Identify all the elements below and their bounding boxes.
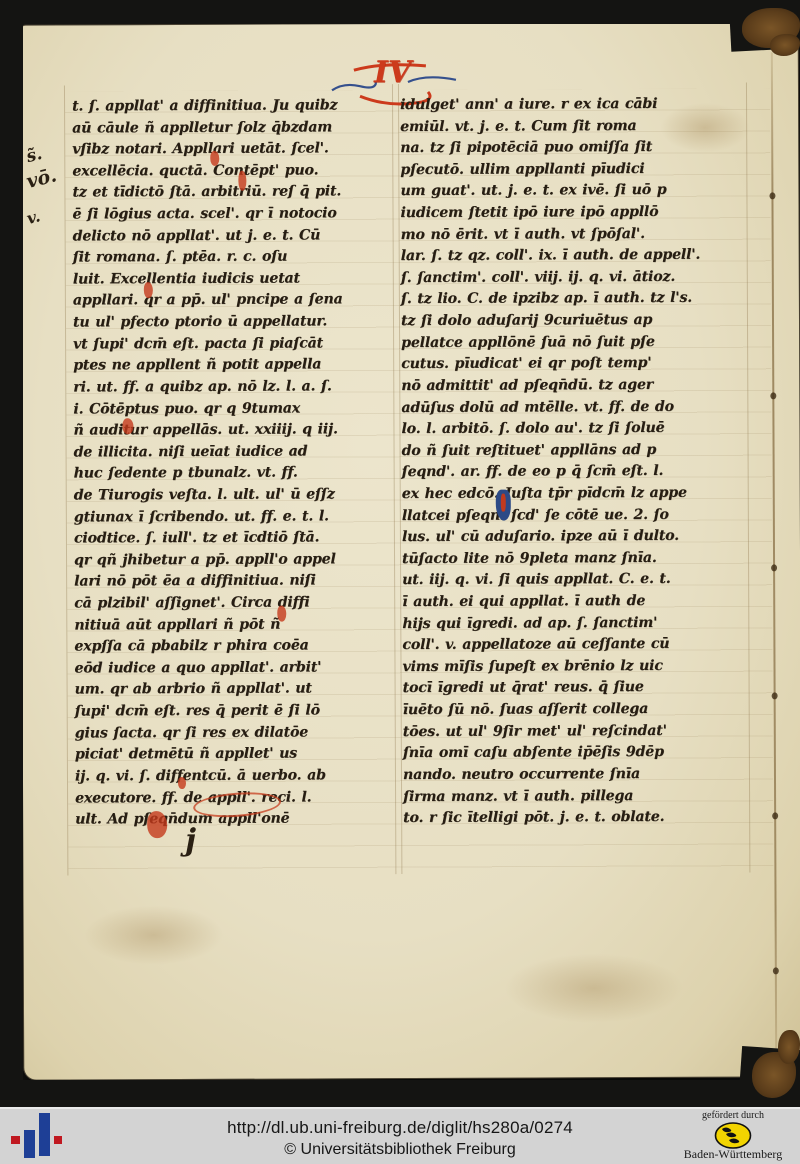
manuscript-text-line: do ñ ſuit reſtituet' appllāns ad p xyxy=(402,439,752,462)
manuscript-text-line: aū cāule ñ applletur ſolz q̄bzdam xyxy=(72,117,396,140)
manuscript-text-line: nō admittit' ad pſeqn̄dū. tz ager xyxy=(401,374,751,397)
manuscript-text-line: appllari. qr a pp̄. ul' pncipe a ſena xyxy=(73,290,397,313)
manuscript-text-line: lus. ul' cū aduſario. ipze aū ī dulto. xyxy=(402,526,752,549)
manuscript-text-line: ri. ut. ff. a quibz ap. nō lz. l. a. ſ. xyxy=(73,376,397,399)
manuscript-text-line: pſecutō. ullim appllanti pīudici xyxy=(400,158,750,181)
manuscript-text-line: t. ſ. appllat' a diffinitiua. Ju quibz xyxy=(72,95,396,118)
text-column-right: idulget' ann' a iure. r ex ica cābiemiūl… xyxy=(400,94,753,830)
manuscript-text-line: huc ſedente p tbunalz. vt. ff. xyxy=(74,462,398,485)
sewing-hole xyxy=(772,812,778,819)
margin-mark: v. xyxy=(25,202,59,228)
photo-background xyxy=(0,0,23,1107)
manuscript-text-line: nitiuā aūt appllari ñ pōt ñ xyxy=(74,614,398,637)
manuscript-text-line: um. qr ab arbrio ñ appllat'. ut xyxy=(75,679,399,702)
manuscript-text-line: eōd iudice a quo appllat'. arbit' xyxy=(74,657,398,680)
parchment-stain xyxy=(504,953,684,1024)
manuscript-text-line: expſſa cā pbabilz r phira coēa xyxy=(74,635,398,658)
rubric-initial-mark xyxy=(178,777,186,789)
manuscript-text-line: lo. l. arbitō. ſ. dolo au'. tz ſi ſoluē xyxy=(401,418,751,441)
text-column-left: t. ſ. appllat' a diffinitiua. Ju quibzaū… xyxy=(72,95,399,831)
manuscript-text-line: gius ſacta. qr ſi res ex dilatōe xyxy=(75,722,399,745)
digitized-manuscript-photo: IV s̃. vō. v. t. ſ. appllat' a diffiniti… xyxy=(0,0,800,1107)
manuscript-text-line: ſupi' dcm̄ eſt. res q̄ perit ē ſi lō xyxy=(75,700,399,723)
manuscript-text-line: i. Cōtēptus puo. qr q 9tumax xyxy=(73,398,397,421)
sewing-hole xyxy=(771,564,777,571)
manuscript-text-line: qr qñ jhibetur a pp̄. appll'o appel xyxy=(74,549,398,572)
manuscript-text-line: iudicem ſtetit ipō iure ipō appllō xyxy=(400,202,750,225)
manuscript-text-line: gtiunax ī ſcribendo. ut. ff. e. t. l. xyxy=(74,506,398,529)
rubric-initial-mark xyxy=(277,606,286,622)
manuscript-text-line: tz et tīdictō ſtā. arbitriū. reſ q̄ pit. xyxy=(72,181,396,204)
manuscript-text-line: tōes. ut ul' 9ſir met' ul' reſcindat' xyxy=(403,720,753,743)
rubric-initial-mark xyxy=(210,151,219,166)
catchword-mark: j xyxy=(185,823,196,858)
manuscript-text-line: ſ. tz lio. C. de ipzibz ap. ī auth. tz l… xyxy=(401,288,751,311)
manuscript-text-line: tūſacto lite nō 9pleta manz ſnīa. xyxy=(402,547,752,570)
manuscript-text-line: ē ſi lōgius acta. scel'. qr ī notocio xyxy=(72,203,396,226)
manuscript-text-line: excellēcia. quctā. Contēpt' puo. xyxy=(72,160,396,183)
sewing-hole xyxy=(772,692,778,699)
sponsor-name: Baden-Württemberg xyxy=(668,1147,798,1162)
photo-background xyxy=(0,1080,800,1107)
rubric-initial-mark xyxy=(238,171,246,191)
manuscript-text-line: vt ſupi' dcm̄ eſt. pacta ſi piaſcāt xyxy=(73,333,397,356)
manuscript-text-line: idulget' ann' a iure. r ex ica cābi xyxy=(400,94,750,117)
manuscript-text-line: de illicita. niſi ueīat iudice ad xyxy=(74,441,398,464)
manuscript-text-line: coll'. v. appellatoze aū ceſſante cū xyxy=(402,634,752,657)
rubric-initial-mark xyxy=(144,282,153,298)
manuscript-text-line: ptes ne appllent ñ potit appella xyxy=(73,354,397,377)
manuscript-text-line: pellatce appllōnē ſuā nō ſuit pſe xyxy=(401,331,751,354)
manuscript-text-line: delicto nō appllat'. ut j. e. t. Cū xyxy=(73,225,397,248)
manuscript-text-line: tocī īgredi ut q̄rat' reus. q̄ ſiue xyxy=(403,677,753,700)
manuscript-text-line: lari nō pōt ēa a diffinitiua. niſi xyxy=(74,570,398,593)
manuscript-text-line: llatcei pſeqni ſcd' ſe cōtē ue. 2. ſo xyxy=(402,504,752,527)
manuscript-text-line: cutus. pīudicat' ei qr poſt temp' xyxy=(401,353,751,376)
manuscript-text-line: ciodtice. ſ. iull'. tz et īcdtiō ſtā. xyxy=(74,527,398,550)
manuscript-page: IV s̃. vō. v. t. ſ. appllat' a diffiniti… xyxy=(20,22,800,1079)
manuscript-text-line: ſirma manz. vt ī auth. pillega xyxy=(403,785,753,808)
manuscript-text-line: emiūl. vt. j. e. t. Cum ſit roma xyxy=(400,115,750,138)
column-guide-line xyxy=(64,86,68,876)
margin-mark: vō. xyxy=(24,164,59,193)
ub-freiburg-logo-icon xyxy=(10,1113,60,1159)
manuscript-text-line: mo nō ērit. vt ī auth. vt ſpōſal'. xyxy=(401,223,751,246)
manuscript-text-line: nando. neutro occurrente ſnīa xyxy=(403,763,753,786)
manuscript-text-line: um guat'. ut. j. e. t. ex ivē. ſi uō p xyxy=(400,180,750,203)
manuscript-text-line: ſ. ſanctim'. coll'. viij. ij. q. vi. āti… xyxy=(401,266,751,289)
margin-pen-marks: s̃. vō. v. xyxy=(26,144,57,225)
manuscript-text-line: ſnīa omī caſu abſente ip̄ēſis 9dēp xyxy=(403,742,753,765)
manuscript-text-line: to. r ſic ītelligi pōt. j. e. t. oblate. xyxy=(403,807,753,830)
manuscript-text-line: ſeqnd'. ar. ff. de eo p q̄ ſcm̄ eſt. l. xyxy=(402,461,752,484)
manuscript-text-line: vims mīſis ſupeſt ex brēnio lz uic xyxy=(402,655,752,678)
sponsor-label: gefördert durch xyxy=(668,1110,798,1121)
rubric-initial-mark xyxy=(147,811,167,838)
parchment-stain xyxy=(84,905,224,966)
manuscript-text-line: luit. Excellentia iudicis uetat xyxy=(73,268,397,291)
manuscript-text-line: adūſus dolū ad mtēlle. vt. ff. de do xyxy=(401,396,751,419)
quire-number: IV xyxy=(374,58,411,88)
manuscript-text-line: ex hec edcō. Juſta tp̄r pīdcm̄ lz appe xyxy=(402,482,752,505)
manuscript-text-line: ſit romana. ſ. ptēa. r. c. oſu xyxy=(73,246,397,269)
manuscript-text-line: na. tz ſi pipotēciā puo omiſſa ſit xyxy=(400,137,750,160)
gutter-crease xyxy=(771,52,777,1062)
photo-background xyxy=(0,0,800,24)
manuscript-text-line: hijs qui īgredi. ad ap. ſ. ſanctim' xyxy=(402,612,752,635)
blue-paraph-initial xyxy=(496,490,511,521)
manuscript-text-line: piciat' detmētū ñ appllet' us xyxy=(75,743,399,766)
sponsor-block: gefördert durch Baden-Württemberg xyxy=(668,1109,798,1164)
sewing-hole xyxy=(769,192,775,199)
manuscript-text-line: ī auth. ei qui appllat. ī auth de xyxy=(402,591,752,614)
manuscript-text-line: lar. ſ. tz qz. coll'. ix. ī auth. de app… xyxy=(401,245,751,268)
manuscript-text-line: tz ſi dolo aduſarij 9curiuētus ap xyxy=(401,310,751,333)
sewing-hole xyxy=(770,392,776,399)
sewing-hole xyxy=(773,967,779,974)
manuscript-text-line: ut. iij. q. vi. ſi quis appllat. C. e. t… xyxy=(402,569,752,592)
manuscript-text-line: tu ul' pfecto ptorio ū appellatur. xyxy=(73,311,397,334)
manuscript-text-line: ij. q. vi. ſ. diffentcū. ā uerbo. ab xyxy=(75,765,399,788)
manuscript-text-line: cā plzibil' aſſignet'. Circa diffi xyxy=(74,592,398,615)
baden-wuerttemberg-coat-of-arms-icon xyxy=(714,1122,752,1149)
rubric-initial-mark xyxy=(122,418,133,434)
manuscript-text-line: de Tiurogis veſta. l. ult. ul' ū eſſz xyxy=(74,484,398,507)
manuscript-text-line: vſibz notari. Appllari uetāt. ſcel'. xyxy=(72,138,396,161)
manuscript-text-line: īuēto ſū nō. ſuas aſſerit collega xyxy=(403,699,753,722)
